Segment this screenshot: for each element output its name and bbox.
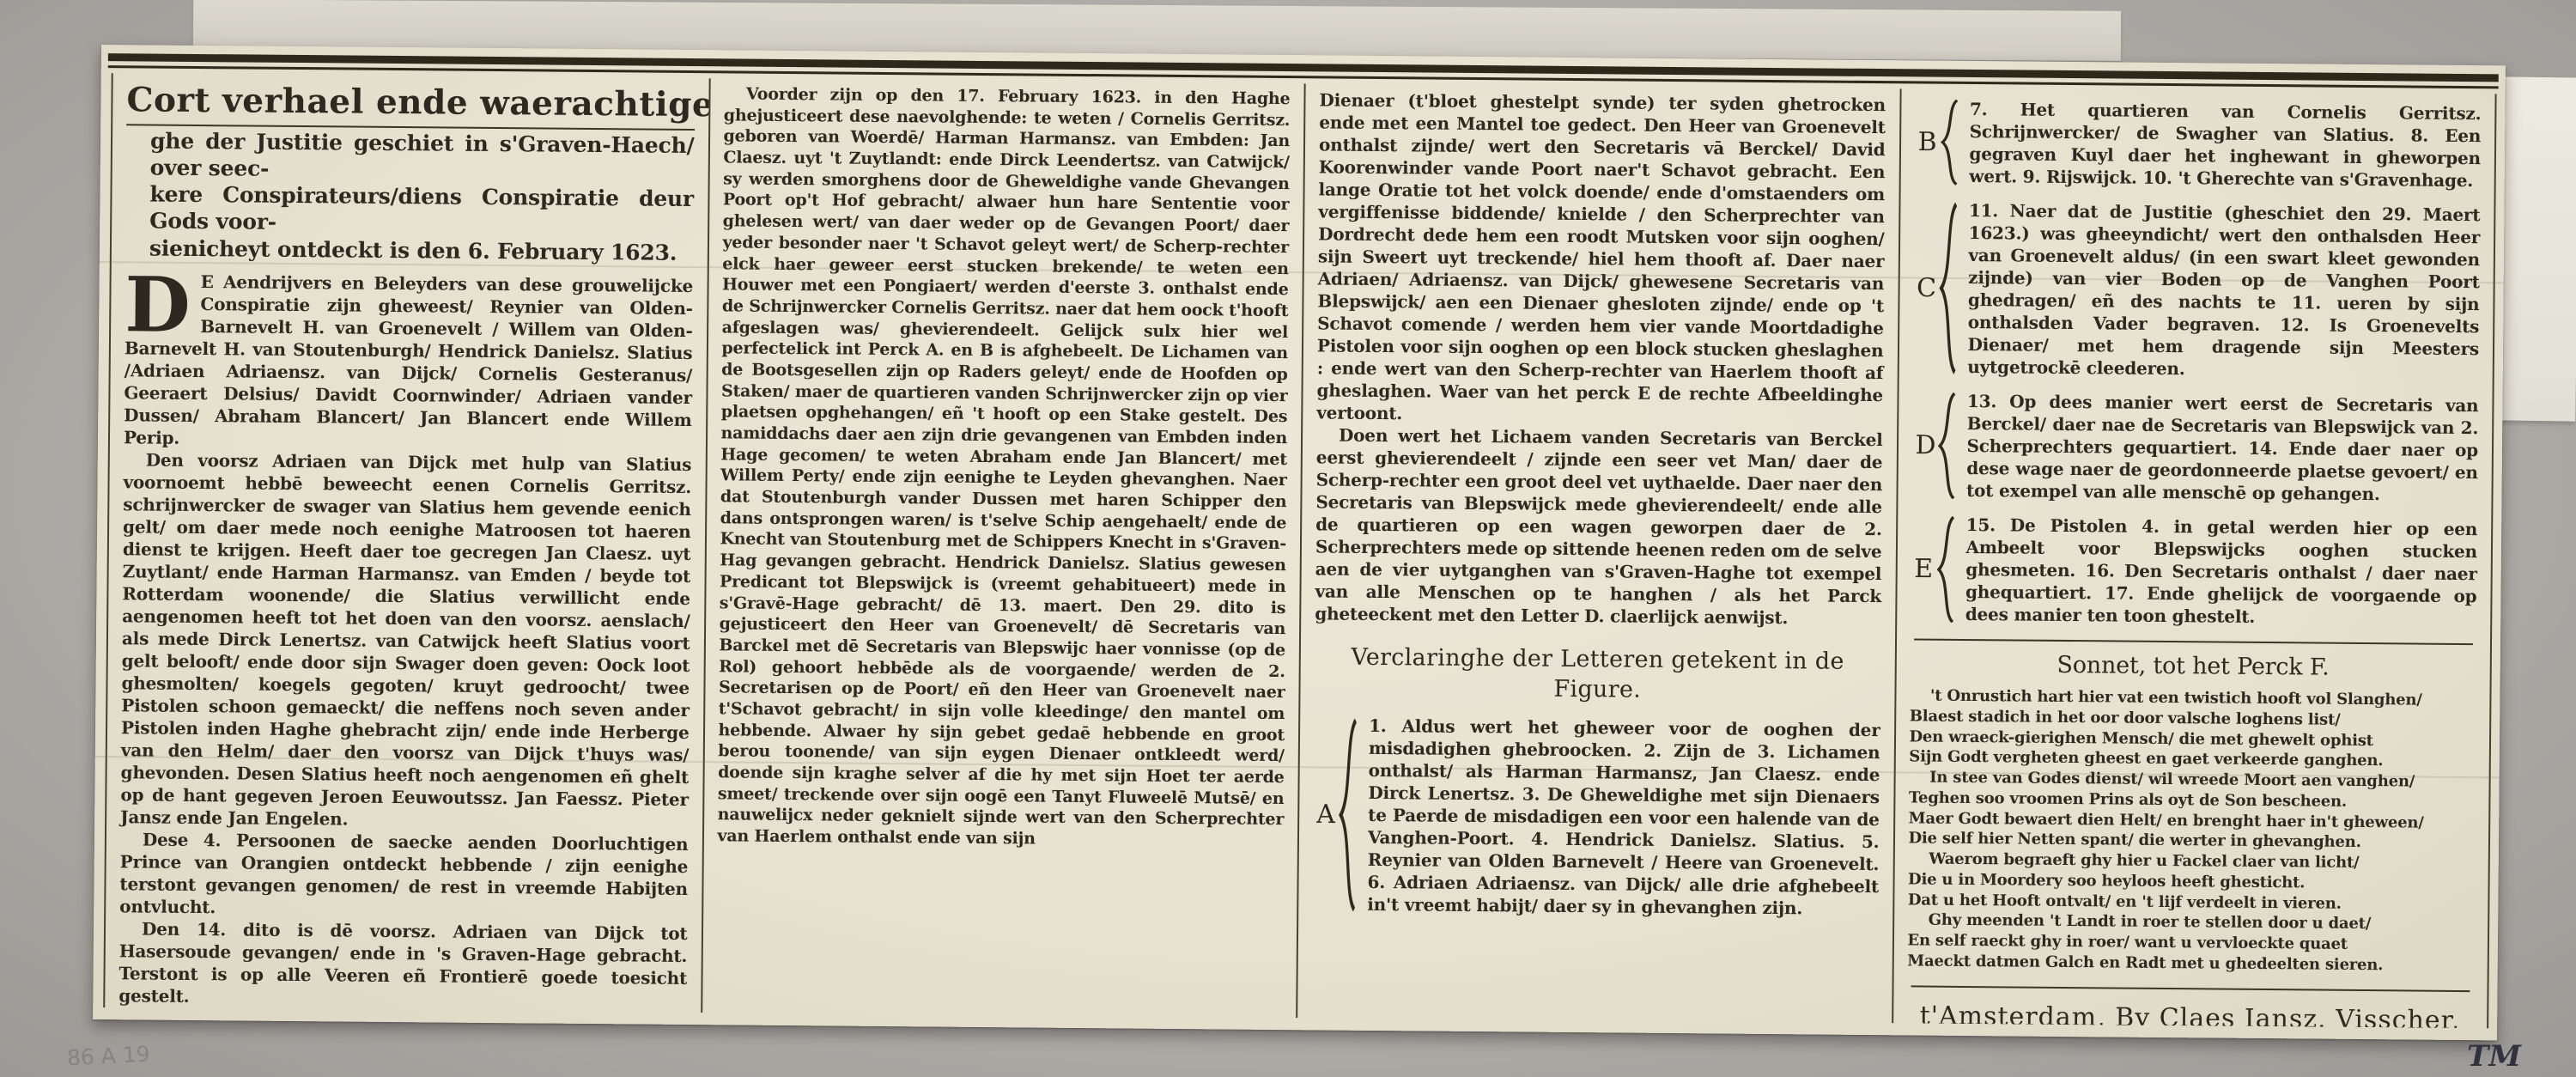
drop-cap: D: [125, 270, 201, 336]
paragraph: Voorder zijn op den 17. February 1623. i…: [717, 83, 1290, 851]
paragraph-text: E Aendrijvers en Beleyders van dese grou…: [124, 271, 693, 448]
pencil-annotation: 86 A 19: [66, 1041, 150, 1070]
column-3: Dienaer (t'bloet ghestelpt synde) ter sy…: [1296, 83, 1899, 1023]
paragraph: Den 14. dito is dē voorsz. Adriaen van D…: [118, 917, 687, 1012]
column-2: Voorder zijn op den 17. February 1623. i…: [701, 78, 1304, 1018]
ink-annotation: TM: [2467, 1039, 2521, 1074]
column-4: B 7. Het quartieren van Cornelis Gerrits…: [1892, 88, 2495, 1028]
title-line-2: ghe der Justitie geschiet in s'Graven-Ha…: [126, 127, 695, 186]
brace-icon: [1938, 203, 1959, 374]
legend-text: 13. Op dees manier wert eerst de Secreta…: [1966, 391, 2479, 504]
legend-text: 1. Aldus wert het gheweer voor de ooghen…: [1367, 715, 1880, 918]
legend-text: 15. De Pistolen 4. in getal werden hier …: [1965, 514, 2478, 627]
title-line-1: Cort verhael ende waerachtige Afbeeldin-: [126, 78, 695, 130]
imprint: t'Amsterdam, By Claes Iansz. Visscher, 1…: [1906, 999, 2473, 1028]
paragraph: Doen wert het Lichaem vanden Secretaris …: [1315, 423, 1883, 630]
legend-text: 7. Het quartieren van Cornelis Gerritsz.…: [1969, 99, 2481, 191]
column-1: Cort verhael ende waerachtige Afbeeldin-…: [105, 73, 708, 1013]
brace-icon: [1940, 100, 1959, 186]
photographed-broadsheet: Cort verhael ende waerachtige Afbeeldin-…: [0, 0, 2576, 1077]
broadsheet-page: Cort verhael ende waerachtige Afbeeldin-…: [93, 45, 2506, 1040]
sonnet-line: Maeckt datmen Galch en Radt met u ghedee…: [1907, 951, 2474, 977]
legend-item-D: D 13. Op dees manier wert eerst de Secre…: [1911, 389, 2479, 506]
legend-text: 11. Naer dat de Justitie (gheschiet den …: [1967, 200, 2480, 379]
legend-letter-E: E: [1914, 552, 1933, 586]
legend-item-E: E 15. De Pistolen 4. in getal werden hie…: [1911, 513, 2478, 630]
title-line-3: kere Conspirateurs/diens Conspiratie deu…: [125, 180, 694, 239]
legend-item-A: A 1. Aldus wert het gheweer voor de oogh…: [1312, 715, 1880, 921]
divider-rule: [1914, 638, 2473, 645]
legend-item-B: B 7. Het quartieren van Cornelis Gerrits…: [1914, 97, 2481, 192]
brace-icon: [1338, 718, 1358, 911]
paragraph: DE Aendrijvers en Beleyders van dese gro…: [124, 270, 693, 453]
sonnet: 't Onrustich hart hier vat een twistich …: [1907, 686, 2476, 977]
paragraph: Dienaer (t'bloet ghestelpt synde) ter sy…: [1316, 88, 1886, 429]
legend-item-C: C 11. Naer dat de Justitie (gheschiet de…: [1912, 198, 2480, 382]
brace-icon: [1937, 392, 1957, 499]
title-block: Cort verhael ende waerachtige Afbeeldin-…: [125, 78, 695, 266]
legend-letter-B: B: [1917, 125, 1936, 159]
legend-letter-A: A: [1316, 798, 1335, 831]
legend-heading: Verclaringhe der Letteren getekent in de…: [1314, 642, 1880, 707]
paragraph: Den voorsz Adriaen van Dijck met hulp va…: [120, 448, 691, 833]
divider-rule: [1911, 985, 2470, 992]
paragraph: Dese 4. Persoonen de saecke aenden Doorl…: [119, 828, 688, 922]
brace-icon: [1936, 515, 1956, 623]
legend-letter-D: D: [1915, 429, 1935, 462]
sonnet-heading: Sonnet, tot het Perck F.: [1910, 648, 2476, 684]
text-columns: Cort verhael ende waerachtige Afbeeldin-…: [103, 73, 2496, 1028]
legend-letter-C: C: [1917, 271, 1936, 305]
